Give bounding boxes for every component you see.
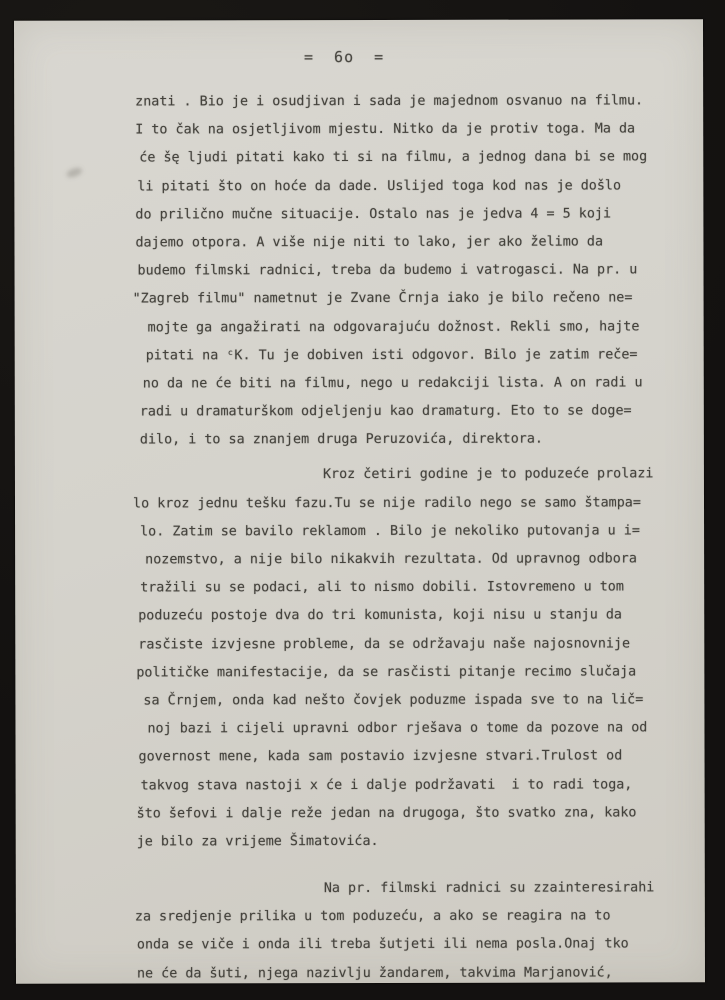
text-line: je bilo za vrijeme Šimatovića. xyxy=(134,827,674,856)
document-page: = 6o = znati . Bio je i osudjivan i sada… xyxy=(14,19,705,983)
text-line: I to čak na osjetljivom mjestu. Nitko da… xyxy=(132,116,672,145)
paragraph: Kroz četiri godine je to poduzeće prolaz… xyxy=(133,461,674,857)
text-line: Kroz četiri godine je to poduzeće prolaz… xyxy=(133,461,673,490)
text-line: što šefovi i dalje reže jedan na drugoga… xyxy=(134,799,674,828)
paper-smudge xyxy=(65,166,83,179)
text-line: za sredjenje prilika u tom poduzeću, a a… xyxy=(134,903,674,932)
text-line: "Zagreb filmu" nametnut je Zvane Črnja i… xyxy=(133,285,673,314)
text-line: do prilično mučne situacije. Ostalo nas … xyxy=(132,200,672,229)
text-line: lo. Zatim se bavilo reklamom . Bilo je n… xyxy=(133,517,673,546)
text-line: no da ne će biti na filmu, nego u redakc… xyxy=(133,369,673,398)
text-line: dajemo otpora. A više nije niti to lako,… xyxy=(132,228,672,257)
text-line: dilo, i to sa znanjem druga Peruzovića, … xyxy=(133,426,673,455)
page-number: = 6o = xyxy=(14,47,674,66)
text-line: mojte ga angažirati na odgovarajuću dožn… xyxy=(133,313,673,342)
paragraph: Na pr. filmski radnici su zzainteresirah… xyxy=(134,874,674,988)
text-line: će šę ljudi pitati kako ti si na filmu, … xyxy=(132,144,672,173)
text-line: budemo filmski radnici, treba da budemo … xyxy=(132,256,672,285)
text-line: lo kroz jednu tešku fazu.Tu se nije radi… xyxy=(133,489,673,518)
text-line: li pitati što on hoće da dade. Uslijed t… xyxy=(132,172,672,201)
text-line: takvog stava nastoji x će i dalje podrža… xyxy=(134,771,674,800)
text-line: nozemstvo, a nije bilo nikakvih rezultat… xyxy=(133,545,673,574)
text-line: rasčiste izvjesne probleme, da se održav… xyxy=(133,630,673,659)
text-line: ne će da šuti, njega nazivlju žandarem, … xyxy=(134,959,674,988)
text-line: sa Črnjem, onda kad nešto čovjek poduzme… xyxy=(133,686,673,715)
text-line: onda se viče i onda ili treba šutjeti il… xyxy=(134,931,674,960)
text-line: governost mene, kada sam postavio izvjes… xyxy=(134,743,674,772)
text-line: tražili su se podaci, ali to nismo dobil… xyxy=(133,574,673,603)
text-line: pitati na ᶜK. Tu je dobiven isti odgovor… xyxy=(133,341,673,370)
text-line: političke manifestacije, da se rasčisti … xyxy=(133,658,673,687)
paragraph: znati . Bio je i osudjivan i sada je maj… xyxy=(132,87,673,455)
scan-background: = 6o = znati . Bio je i osudjivan i sada… xyxy=(0,0,725,1000)
text-line: znati . Bio je i osudjivan i sada je maj… xyxy=(132,87,672,116)
text-block: znati . Bio je i osudjivan i sada je maj… xyxy=(132,87,674,988)
text-line: Na pr. filmski radnici su zzainteresirah… xyxy=(134,874,674,903)
text-line: noj bazi i cijeli upravni odbor rješava … xyxy=(133,714,673,743)
text-line: radi u dramaturškom odjeljenju kao drama… xyxy=(133,397,673,426)
text-line: poduzeću postoje dva do tri komunista, k… xyxy=(133,602,673,631)
